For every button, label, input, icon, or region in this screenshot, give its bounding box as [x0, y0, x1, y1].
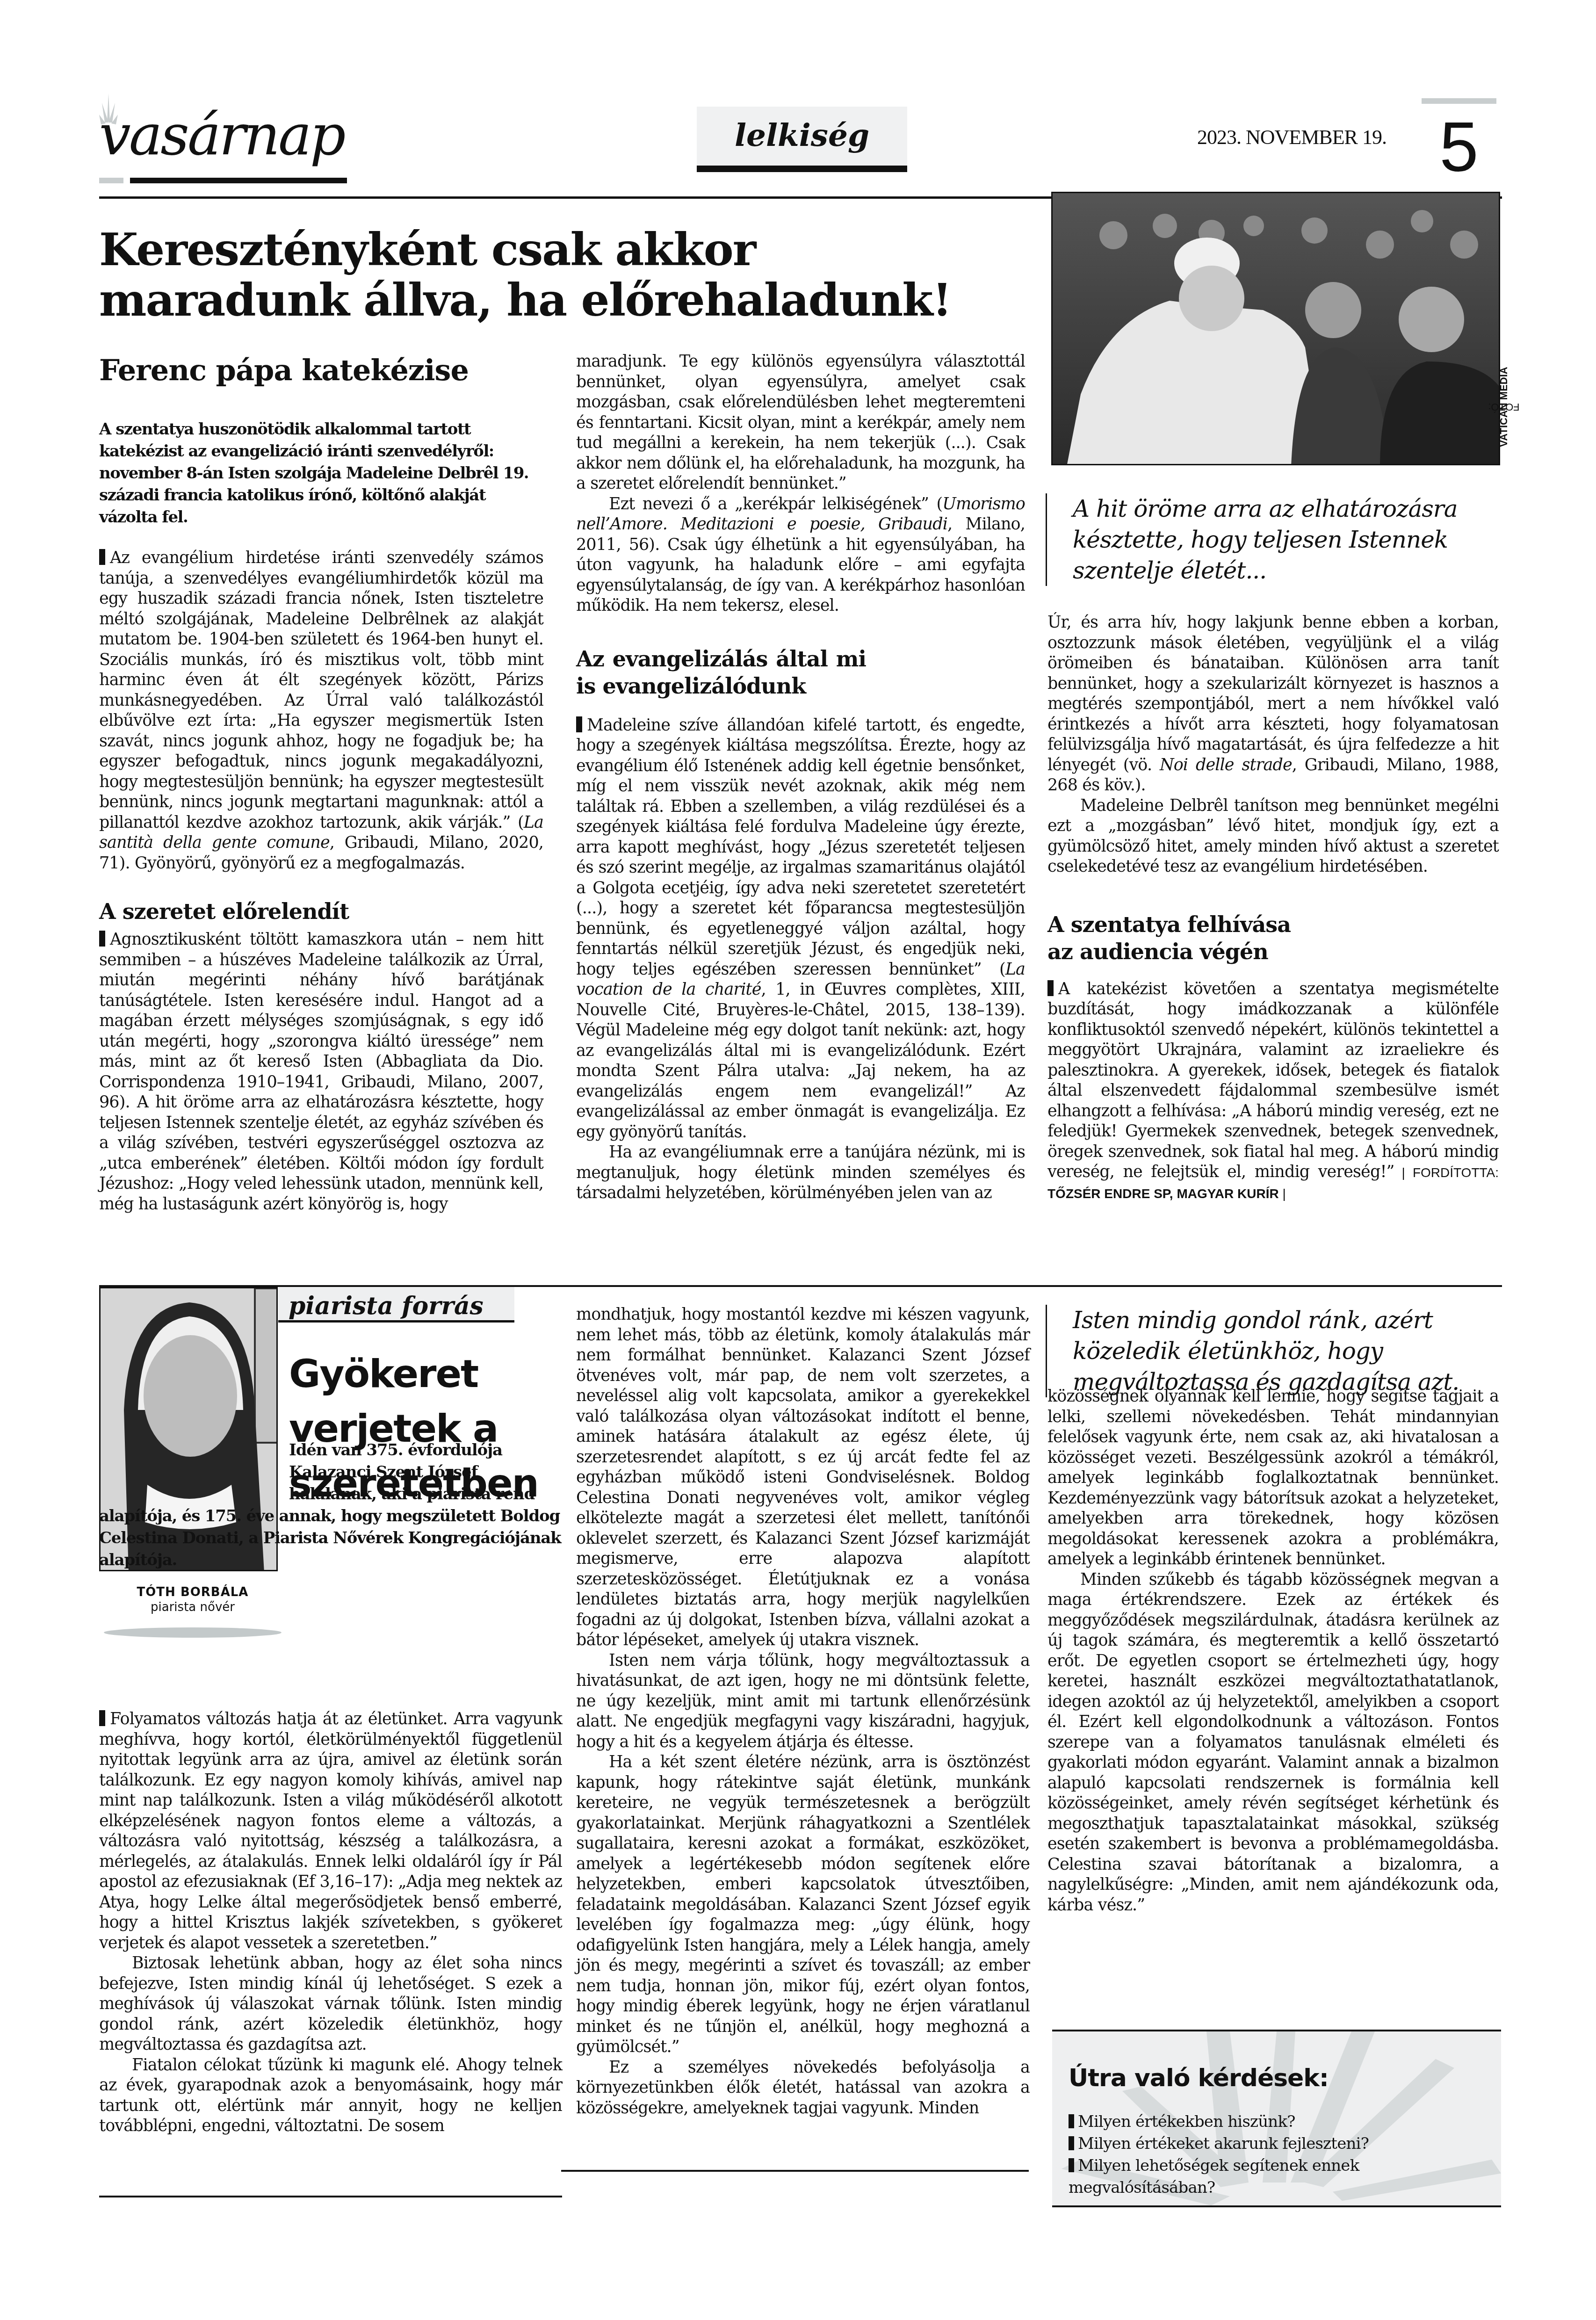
article1-column-3: Úr, és arra hív, hogy lakjunk benne ebbe…	[1047, 613, 1499, 1204]
paragraph: Ha a két szent életére nézünk, arra is ö…	[576, 1752, 1030, 2058]
article2-lead: Idén van 375. évfordulója Kalazanci Szen…	[99, 1439, 562, 1571]
paragraph: Ezt nevezi ő a „kerékpár lelkiségének” (…	[576, 494, 1025, 616]
author-name: TÓTH BORBÁLA	[99, 1585, 286, 1599]
paragraph: Madeleine Delbrêl tanítson meg bennünket…	[1047, 796, 1499, 877]
issue-date: 2023. NOVEMBER 19.	[1197, 125, 1387, 149]
questions-list: Milyen értékekben hiszünk? Milyen értéke…	[1069, 2111, 1489, 2199]
photo-credit: FOTÓ: VATICAN MEDIA	[1495, 337, 1513, 477]
article1-column-2: maradjunk. Te egy különös egyensúlyra vá…	[576, 352, 1025, 1204]
question-item: Milyen lehetőségek segítenek ennek megva…	[1069, 2155, 1489, 2199]
publication-logo: vasárnap	[99, 94, 347, 164]
section-heading: A szeretet előrelendít	[99, 898, 543, 925]
paragraph-marker-icon	[1047, 980, 1054, 996]
author-role: piarista nővér	[99, 1600, 286, 1614]
column-end-rule	[561, 2170, 1029, 2172]
paragraph: Isten nem várja tőlünk, hogy megváltozta…	[576, 1651, 1030, 1753]
paragraph: Ha az evangéliumnak erre a tanújára nézü…	[576, 1142, 1025, 1204]
page-number-box: 5	[1422, 98, 1496, 206]
paragraph: közösségnek olyannak kell lennie, hogy s…	[1047, 1387, 1499, 1570]
logo-accent-dash	[99, 178, 123, 183]
paragraph-marker-icon	[99, 549, 105, 565]
paragraph: maradjunk. Te egy különös egyensúlyra vá…	[576, 352, 1025, 494]
logo-underline	[130, 178, 347, 183]
question-item: Milyen értékeket akarunk fejleszteni?	[1069, 2133, 1489, 2155]
article1-column-1: Az evangélium hirdetése iránti szenvedél…	[99, 548, 543, 1214]
article2-column-3: közösségnek olyannak kell lennie, hogy s…	[1047, 1387, 1499, 1915]
page-number-top-bar	[1422, 98, 1496, 104]
caption-underline-shape	[104, 1627, 282, 1638]
questions-title: Útra való kérdések:	[1069, 2064, 1329, 2092]
article-subhead: Ferenc pápa katekézise	[99, 353, 469, 387]
paragraph: Az evangélium hirdetése iránti szenvedél…	[99, 548, 543, 874]
section-tag-underline	[697, 166, 907, 172]
paragraph: Fiatalon célokat tűzünk ki magunk elé. A…	[99, 2055, 562, 2137]
bullet-marker-icon	[1069, 2114, 1074, 2128]
column-end-rule	[99, 2196, 562, 2197]
section-heading: A szentatya felhívása az audiencia végén	[1047, 911, 1499, 965]
paragraph: Agnosztikusként töltött kamaszkora után …	[99, 930, 543, 1214]
section-heading: Az evangelizálás által mi is evangelizál…	[576, 645, 866, 700]
photo-placeholder-icon	[1053, 193, 1500, 465]
paragraph: Úr, és arra hív, hogy lakjunk benne ebbe…	[1047, 613, 1499, 796]
questions-box: Útra való kérdések: Milyen értékekben hi…	[1052, 2030, 1501, 2207]
bullet-marker-icon	[1069, 2158, 1074, 2172]
paragraph: Folyamatos változás hatja át az életünke…	[99, 1709, 562, 1953]
paragraph: A katekézist követően a szentatya megism…	[1047, 979, 1499, 1204]
question-item: Milyen értékekben hiszünk?	[1069, 2111, 1489, 2133]
paragraph-marker-icon	[99, 931, 105, 947]
bullet-marker-icon	[1069, 2136, 1074, 2150]
pope-audience-photo	[1051, 192, 1500, 465]
pull-quote: A hit öröme arra az elhatározásra készte…	[1046, 493, 1504, 586]
paragraph-marker-icon	[99, 1710, 105, 1726]
paragraph: Minden szűkebb és tágabb közösségnek meg…	[1047, 1570, 1499, 1916]
paragraph: Biztosak lehetünk abban, hogy az élet so…	[99, 1953, 562, 2055]
article-lead: A szentatya huszonötödik alkalommal tart…	[99, 419, 543, 528]
section-tag: lelkiség	[697, 107, 907, 172]
column-tag: piarista forrás	[278, 1287, 514, 1323]
article2-column-1: Folyamatos változás hatja át az életünke…	[99, 1709, 562, 2137]
pull-quote: Isten mindig gondol ránk, azért közeledi…	[1046, 1305, 1495, 1397]
paragraph-marker-icon	[576, 716, 582, 732]
article2-column-2: mondhatjuk, hogy mostantól kezdve mi kés…	[576, 1305, 1030, 2118]
paragraph: Madeleine szíve állandóan kifelé tartott…	[576, 716, 1025, 1143]
article-headline: Keresztényként csak akkor maradunk állva…	[99, 224, 988, 325]
page-number: 5	[1422, 107, 1496, 188]
paragraph: Ez a személyes növekedés befolyásolja a …	[576, 2058, 1030, 2119]
paragraph: mondhatjuk, hogy mostantól kezdve mi kés…	[576, 1305, 1030, 1651]
